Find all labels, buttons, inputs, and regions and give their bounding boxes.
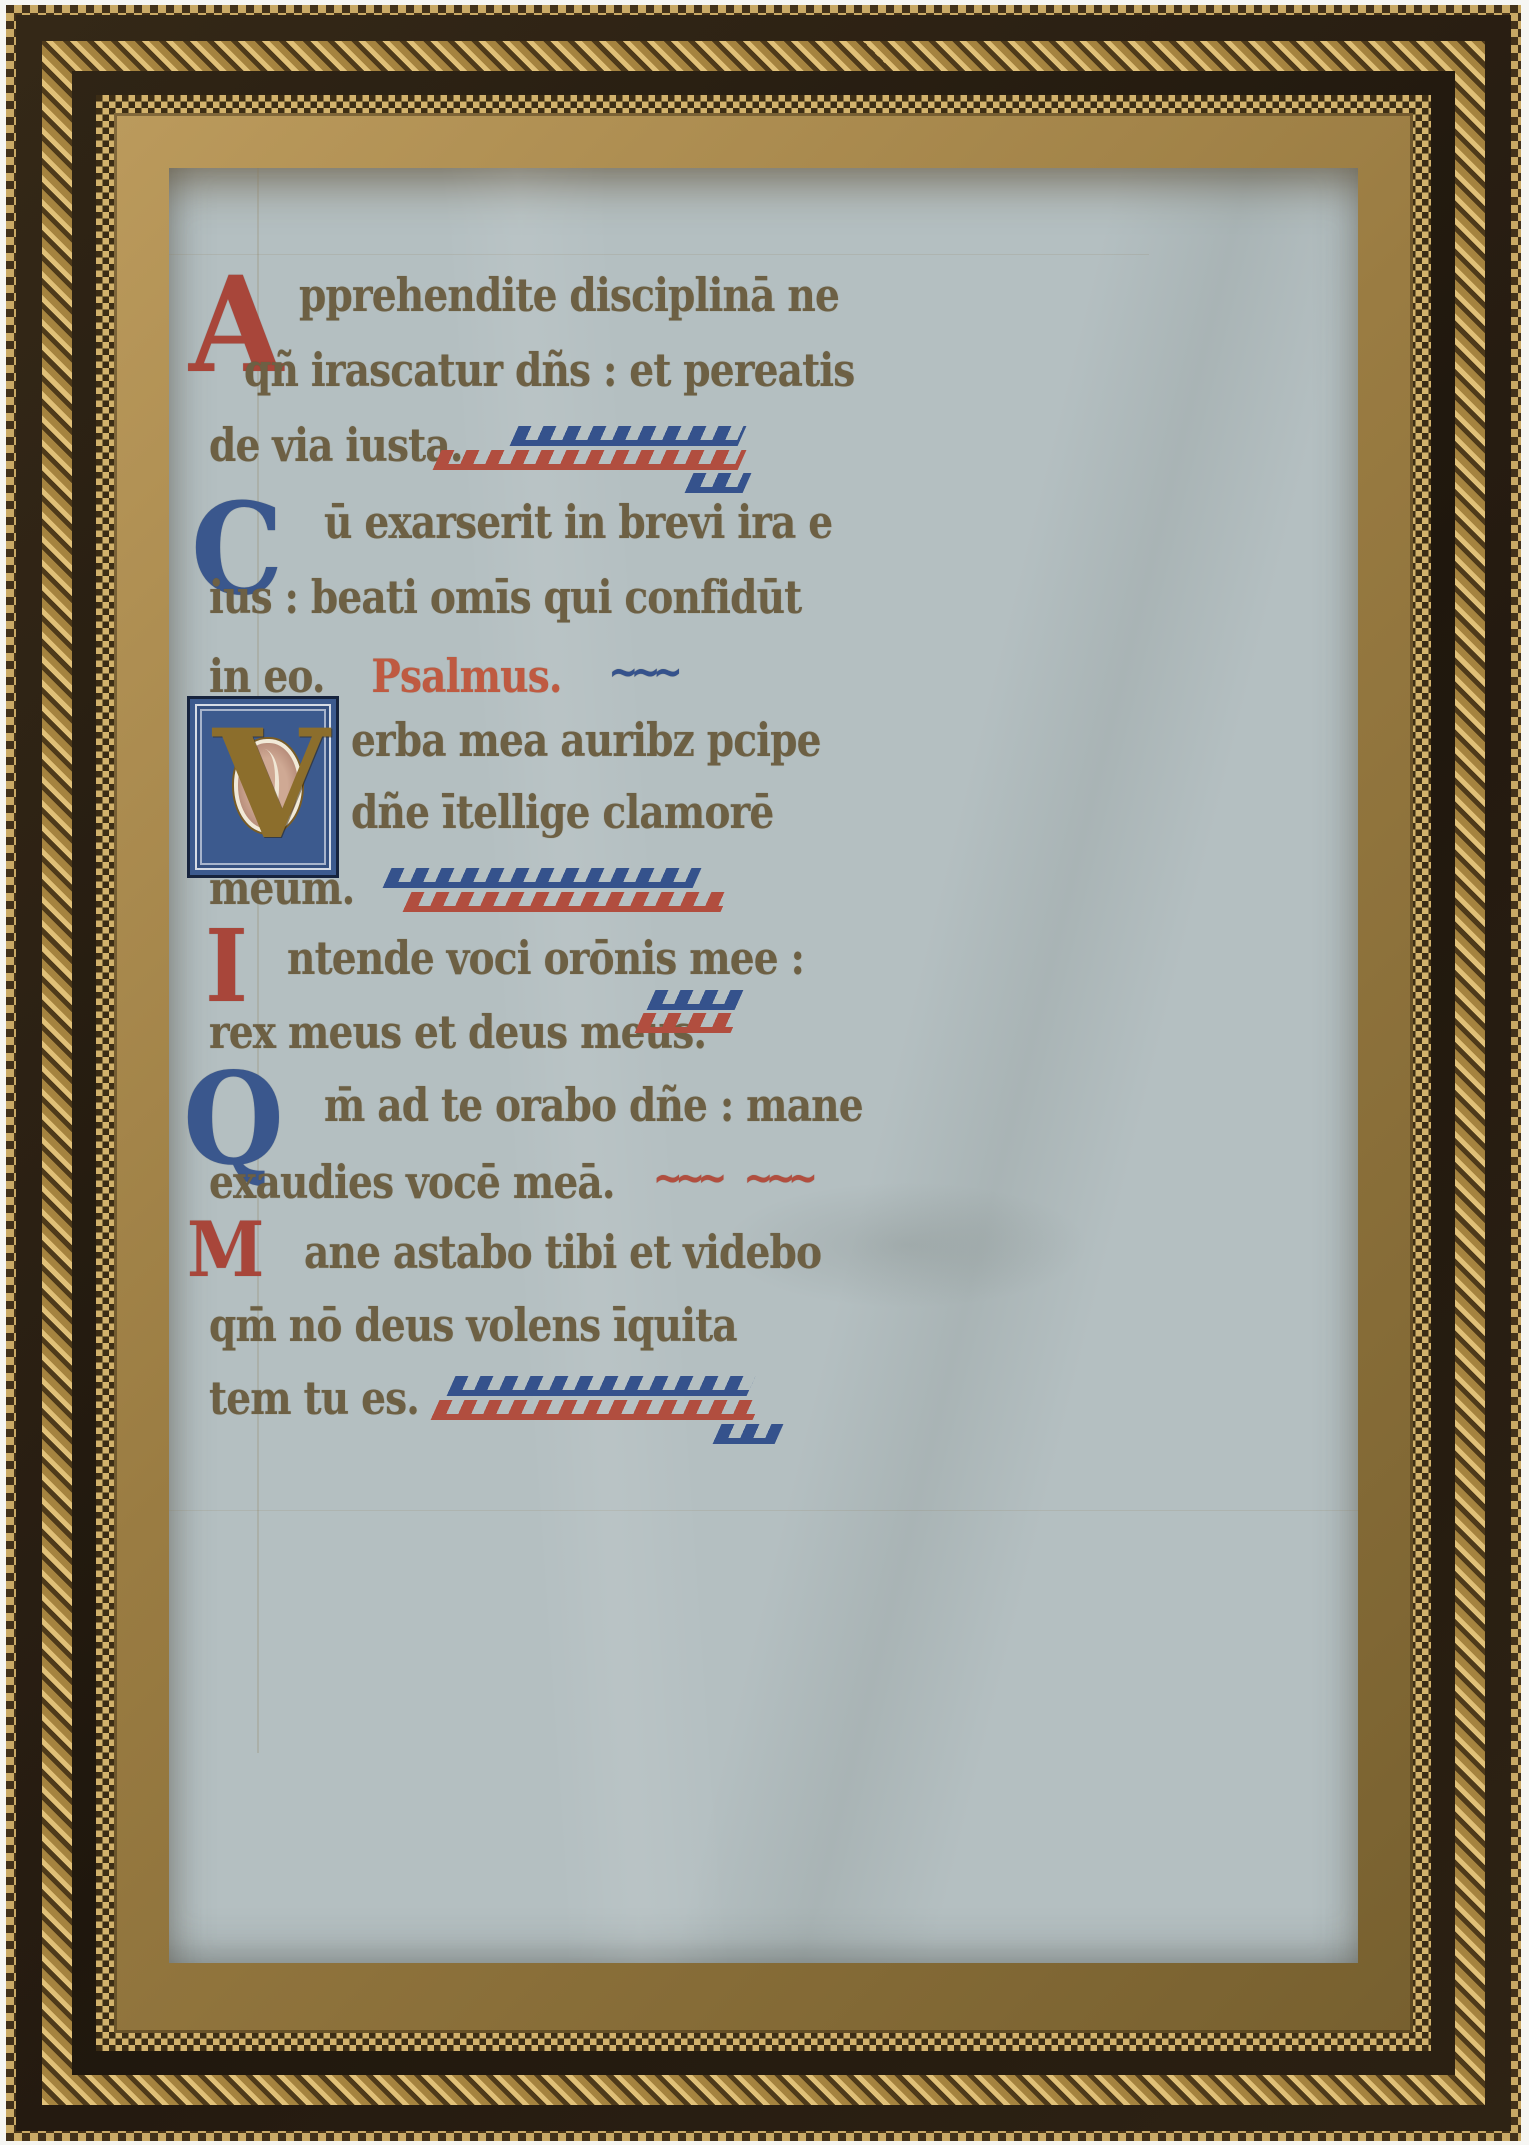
blue-knot-filler-end (685, 473, 752, 493)
frame-inner-bead-molding: A C V I Q M (96, 95, 1431, 2051)
manuscript-page: A C V I Q M (169, 168, 1358, 1963)
text-line-7: erba mea auribz pcipe (351, 708, 821, 772)
initial-V: V (198, 701, 344, 869)
line-text: rex meus et deus meus. (209, 1005, 706, 1059)
line-text: tem tu es. (209, 1371, 419, 1425)
text-line-4: ū exarserit in brevi ira e (324, 490, 832, 554)
text-line-10: ntende voci orōnis mee : (287, 926, 804, 990)
text-line-6: in eo.Psalmus.~~~ (209, 640, 675, 708)
text-line-12: m̄ ad te orabo dñe : mane (324, 1073, 863, 1137)
frame-gold-lip: A C V I Q M (114, 113, 1413, 2033)
frame-outer-dark-band: A C V I Q M (16, 15, 1511, 2131)
blue-knot-filler-small (647, 990, 744, 1010)
text-line-8: dñe ītellige clamorē (351, 780, 773, 844)
line-text: ū exarserit in brevi ira e (324, 495, 832, 549)
text-line-1: pprehendite disciplinā ne (299, 263, 839, 327)
line-text: ntende voci orōnis mee : (287, 931, 804, 985)
line-text: meum. (209, 861, 354, 915)
ruling-line-horizontal (169, 254, 1149, 255)
blue-knot-filler (510, 426, 747, 446)
initial-M: M (187, 1212, 264, 1288)
line-text: qñ irascatur dñs : et pereatis (244, 343, 854, 397)
blue-knot-filler-end (713, 1424, 784, 1444)
red-squiggle-ornament: ~~~ (653, 1153, 720, 1202)
scanned-photo: A C V I Q M (0, 0, 1529, 2145)
line-text: ane astabo tibi et videbo (304, 1225, 821, 1279)
line-text: dñe ītellige clamorē (351, 785, 773, 839)
red-knot-filler-small (635, 1013, 740, 1033)
line-text: pprehendite disciplinā ne (299, 268, 839, 322)
frame-outer-bead-molding: A C V I Q M (6, 5, 1521, 2141)
red-knot-filler (403, 892, 730, 912)
blue-knot-filler (383, 868, 702, 888)
text-line-15: qm̄ nō deus volens īquita (209, 1293, 737, 1357)
text-line-16: tem tu es. (209, 1366, 419, 1430)
line-text: m̄ ad te orabo dñe : mane (324, 1078, 863, 1132)
text-line-14: ane astabo tibi et videbo (304, 1220, 821, 1284)
frame-inner-dark-band: A C V I Q M (72, 71, 1455, 2075)
text-line-2: qñ irascatur dñs : et pereatis (244, 338, 854, 402)
text-line-3: de via iusta. (209, 413, 463, 477)
illuminated-initial-V-panel: V (187, 696, 339, 878)
line-text: qm̄ nō deus volens īquita (209, 1298, 737, 1352)
blue-squiggle-ornament: ~~~ (608, 647, 675, 696)
red-knot-filler (431, 1400, 762, 1420)
frame-rope-twist-molding: A C V I Q M (42, 41, 1485, 2105)
line-text: in eo. (209, 649, 325, 703)
red-knot-filler (433, 450, 747, 470)
text-line-9: meum. (209, 856, 354, 920)
line-text: erba mea auribz pcipe (351, 713, 821, 767)
line-text: de via iusta. (209, 418, 463, 472)
text-line-5: ius : beati omīs qui confidūt (209, 565, 801, 629)
line-text: exaudies vocē meā. (209, 1155, 615, 1209)
ruling-line-horizontal (169, 1510, 1358, 1511)
blue-knot-filler (447, 1376, 756, 1396)
rubric-psalmus: Psalmus. (371, 649, 561, 703)
red-squiggle-ornament: ~~~ (743, 1153, 810, 1202)
line-text: ius : beati omīs qui confidūt (209, 570, 801, 624)
ruling-line-vertical (257, 168, 259, 1753)
text-line-11: rex meus et deus meus. (209, 1000, 706, 1064)
text-line-13: exaudies vocē meā.~~~~~~ (209, 1146, 810, 1214)
